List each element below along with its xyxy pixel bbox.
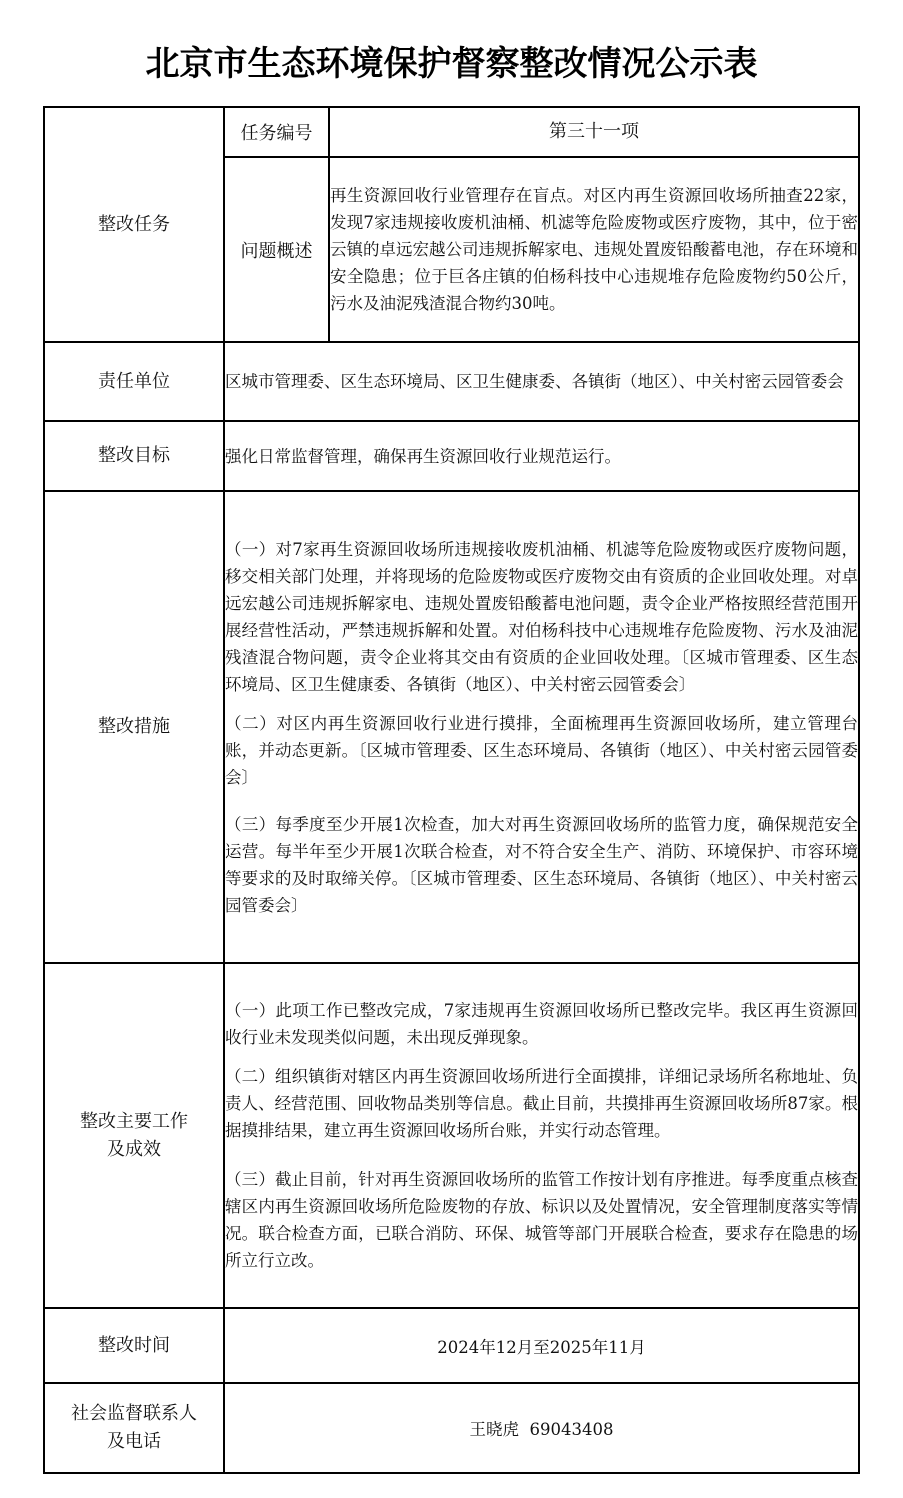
period-value: 2024年12月至2025年11月 (224, 1308, 859, 1383)
summary-text: 再生资源回收行业管理存在盲点。对区内再生资源回收场所抽查22家，发现7家违规接收… (329, 157, 859, 342)
goal-label: 整改目标 (44, 421, 224, 491)
responsible-label: 责任单位 (44, 342, 224, 421)
responsible-row: 责任单位 区城市管理委、区生态环境局、区卫生健康委、各镇街（地区）、中关村密云园… (44, 342, 859, 421)
contact-label-line2: 及电话 (45, 1428, 223, 1456)
task-number-row: 整改任务 任务编号 第三十一项 (44, 107, 859, 157)
result-item: （一）此项工作已整改完成，7家违规再生资源回收场所已整改完毕。我区再生资源回收行… (225, 997, 858, 1051)
results-label-line2: 及成效 (45, 1136, 223, 1164)
task-number-label: 任务编号 (224, 107, 329, 157)
rectification-table: 整改任务 任务编号 第三十一项 问题概述 再生资源回收行业管理存在盲点。对区内再… (43, 106, 860, 1474)
results-label: 整改主要工作 及成效 (44, 963, 224, 1308)
measures-label: 整改措施 (44, 491, 224, 963)
contact-label: 社会监督联系人 及电话 (44, 1383, 224, 1473)
measure-item: （二）对区内再生资源回收行业进行摸排，全面梳理再生资源回收场所，建立管理台账，并… (225, 710, 858, 791)
contact-value: 王晓虎 69043408 (224, 1383, 859, 1473)
results-label-line1: 整改主要工作 (45, 1108, 223, 1136)
responsible-value: 区城市管理委、区生态环境局、区卫生健康委、各镇街（地区）、中关村密云园管委会 (224, 342, 859, 421)
result-item: （二）组织镇街对辖区内再生资源回收场所进行全面摸排，详细记录场所名称地址、负责人… (225, 1063, 858, 1144)
period-label: 整改时间 (44, 1308, 224, 1383)
measure-item: （一）对7家再生资源回收场所违规接收废机油桶、机滤等危险废物或医疗废物问题，移交… (225, 536, 858, 698)
summary-label: 问题概述 (224, 157, 329, 342)
measures-row: 整改措施 （一）对7家再生资源回收场所违规接收废机油桶、机滤等危险废物或医疗废物… (44, 491, 859, 963)
contact-label-line1: 社会监督联系人 (45, 1400, 223, 1428)
measures-content: （一）对7家再生资源回收场所违规接收废机油桶、机滤等危险废物或医疗废物问题，移交… (224, 491, 859, 963)
result-item: （三）截止目前，针对再生资源回收场所的监管工作按计划有序推进。每季度重点核查辖区… (225, 1166, 858, 1274)
period-row: 整改时间 2024年12月至2025年11月 (44, 1308, 859, 1383)
task-label: 整改任务 (44, 107, 224, 342)
results-content: （一）此项工作已整改完成，7家违规再生资源回收场所已整改完毕。我区再生资源回收行… (224, 963, 859, 1308)
results-row: 整改主要工作 及成效 （一）此项工作已整改完成，7家违规再生资源回收场所已整改完… (44, 963, 859, 1308)
goal-row: 整改目标 强化日常监督管理，确保再生资源回收行业规范运行。 (44, 421, 859, 491)
task-number-value: 第三十一项 (329, 107, 859, 157)
goal-value: 强化日常监督管理，确保再生资源回收行业规范运行。 (224, 421, 859, 491)
contact-row: 社会监督联系人 及电话 王晓虎 69043408 (44, 1383, 859, 1473)
page-title: 北京市生态环境保护督察整改情况公示表 (0, 36, 903, 85)
measure-item: （三）每季度至少开展1次检查，加大对再生资源回收场所的监管力度，确保规范安全运营… (225, 811, 858, 919)
